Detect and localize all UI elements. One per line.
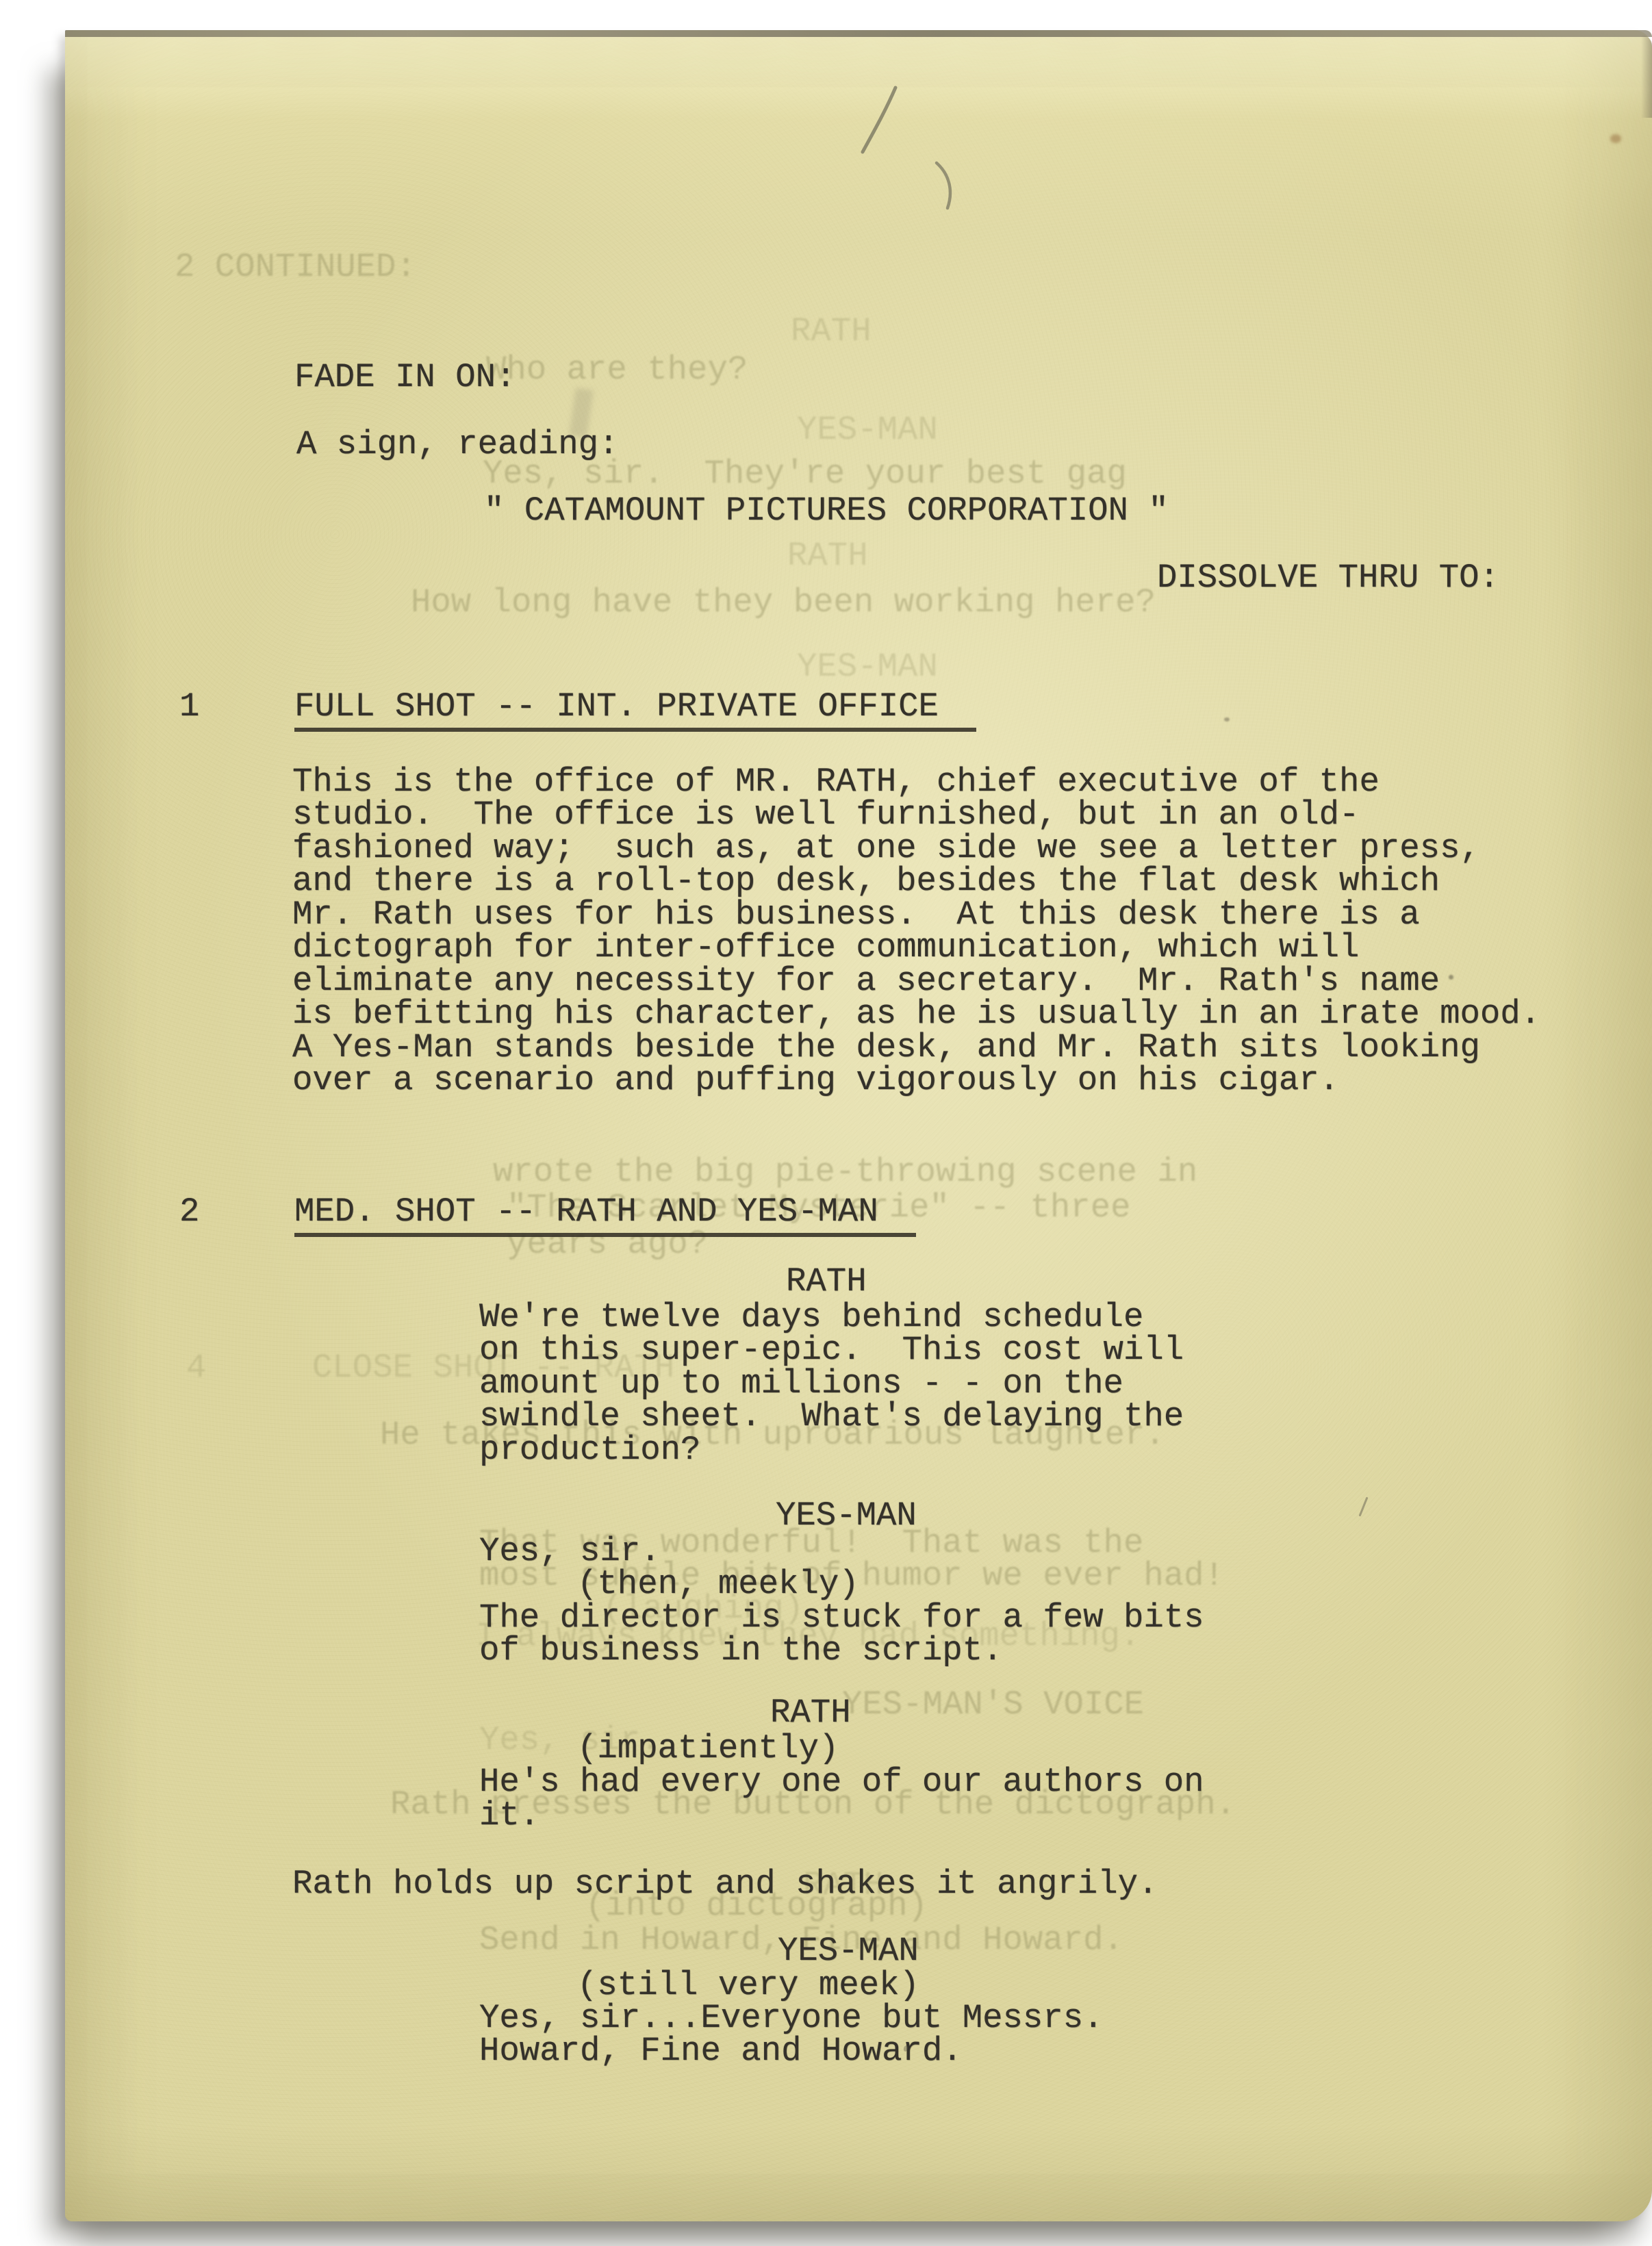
scene-number: 1 — [179, 690, 199, 724]
dialogue-line: production? — [479, 1433, 700, 1467]
action-line: is befitting his character, as he is usu… — [292, 997, 1540, 1031]
pencil-curve-mark — [937, 163, 950, 208]
transition-dissolve: DISSOLVE THRU TO: — [1157, 561, 1499, 595]
bleed-through-text: How long have they been working here? — [411, 586, 1156, 620]
character-name: RATH — [770, 1696, 851, 1730]
action-line: A Yes-Man stands beside the desk, and Mr… — [292, 1031, 1480, 1064]
transition-fade-in: FADE IN ON: — [294, 361, 516, 394]
bleed-through-text: RATH — [791, 315, 872, 348]
scene-number: 2 — [179, 1195, 199, 1229]
action-line: over a scenario and puffing vigorously o… — [292, 1064, 1339, 1097]
character-name: YES-MAN — [778, 1935, 919, 1968]
pencil-slash-mark — [842, 82, 993, 226]
dialogue-line: The director is stuck for a few bits — [479, 1601, 1204, 1635]
action-line: studio. The office is well furnished, bu… — [292, 798, 1359, 832]
action-line: fashioned way; such as, at one side we s… — [292, 832, 1480, 865]
stain-spot — [1449, 975, 1453, 980]
parenthetical: (still very meek) — [577, 1969, 919, 2002]
dialogue-line: it. — [479, 1799, 539, 1833]
bleed-through-text: 4 — [186, 1351, 206, 1385]
sign-text: " CATAMOUNT PICTURES CORPORATION " — [484, 494, 1169, 528]
action-line: dictograph for inter-office communicatio… — [292, 931, 1359, 965]
dialogue-line: We're twelve days behind schedule — [479, 1301, 1143, 1334]
bleed-through-text: wrote the big pie-throwing scene in — [493, 1156, 1197, 1189]
character-name: YES-MAN — [776, 1499, 917, 1533]
dialogue-line: Yes, sir. — [479, 1535, 661, 1568]
bleed-through-text: YES-MAN — [797, 650, 938, 684]
action-line: and there is a roll-top desk, besides th… — [292, 865, 1440, 898]
bleed-through-text: Who are they? — [486, 353, 748, 387]
parenthetical: (impatiently) — [577, 1732, 839, 1765]
paper-corner-fold — [1641, 36, 1652, 118]
character-name: RATH — [786, 1265, 867, 1299]
dialogue-line: of business in the script. — [479, 1634, 1003, 1668]
dialogue-line: Yes, sir...Everyone but Messrs. — [479, 2002, 1104, 2035]
stain-spot — [1224, 717, 1230, 722]
bleed-through-text: 2 CONTINUED: — [175, 251, 416, 284]
parenthetical: (then, meekly) — [577, 1568, 859, 1601]
bleed-through-text: YES-MAN'S VOICE — [842, 1688, 1144, 1722]
paper-top-edge — [65, 30, 1652, 37]
action-line: This is the office of MR. RATH, chief ex… — [292, 765, 1380, 799]
action-line: eliminate any necessity for a secretary.… — [292, 965, 1440, 998]
stain-spot — [1610, 134, 1621, 143]
bleed-through-text: YES-MAN — [797, 413, 938, 447]
action-line: Rath holds up script and shakes it angri… — [292, 1867, 1158, 1901]
action-line: Mr. Rath uses for his business. At this … — [292, 898, 1420, 932]
dialogue-line: on this super-epic. This cost will — [479, 1333, 1184, 1367]
scene-heading: FULL SHOT -- INT. PRIVATE OFFICE — [294, 690, 976, 732]
scene-heading: MED. SHOT -- RATH AND YES-MAN — [294, 1195, 916, 1237]
bleed-through-text: RATH — [787, 539, 868, 573]
dialogue-line: swindle sheet. What's delaying the — [479, 1400, 1184, 1433]
dialogue-line: He's had every one of our authors on — [479, 1765, 1204, 1799]
dialogue-line: Howard, Fine and Howard. — [479, 2034, 963, 2068]
dialogue-line: amount up to millions - - on the — [479, 1367, 1123, 1401]
scanned-script-page: 2 CONTINUED: RATH Who are they? YES-MAN … — [0, 0, 1652, 2246]
